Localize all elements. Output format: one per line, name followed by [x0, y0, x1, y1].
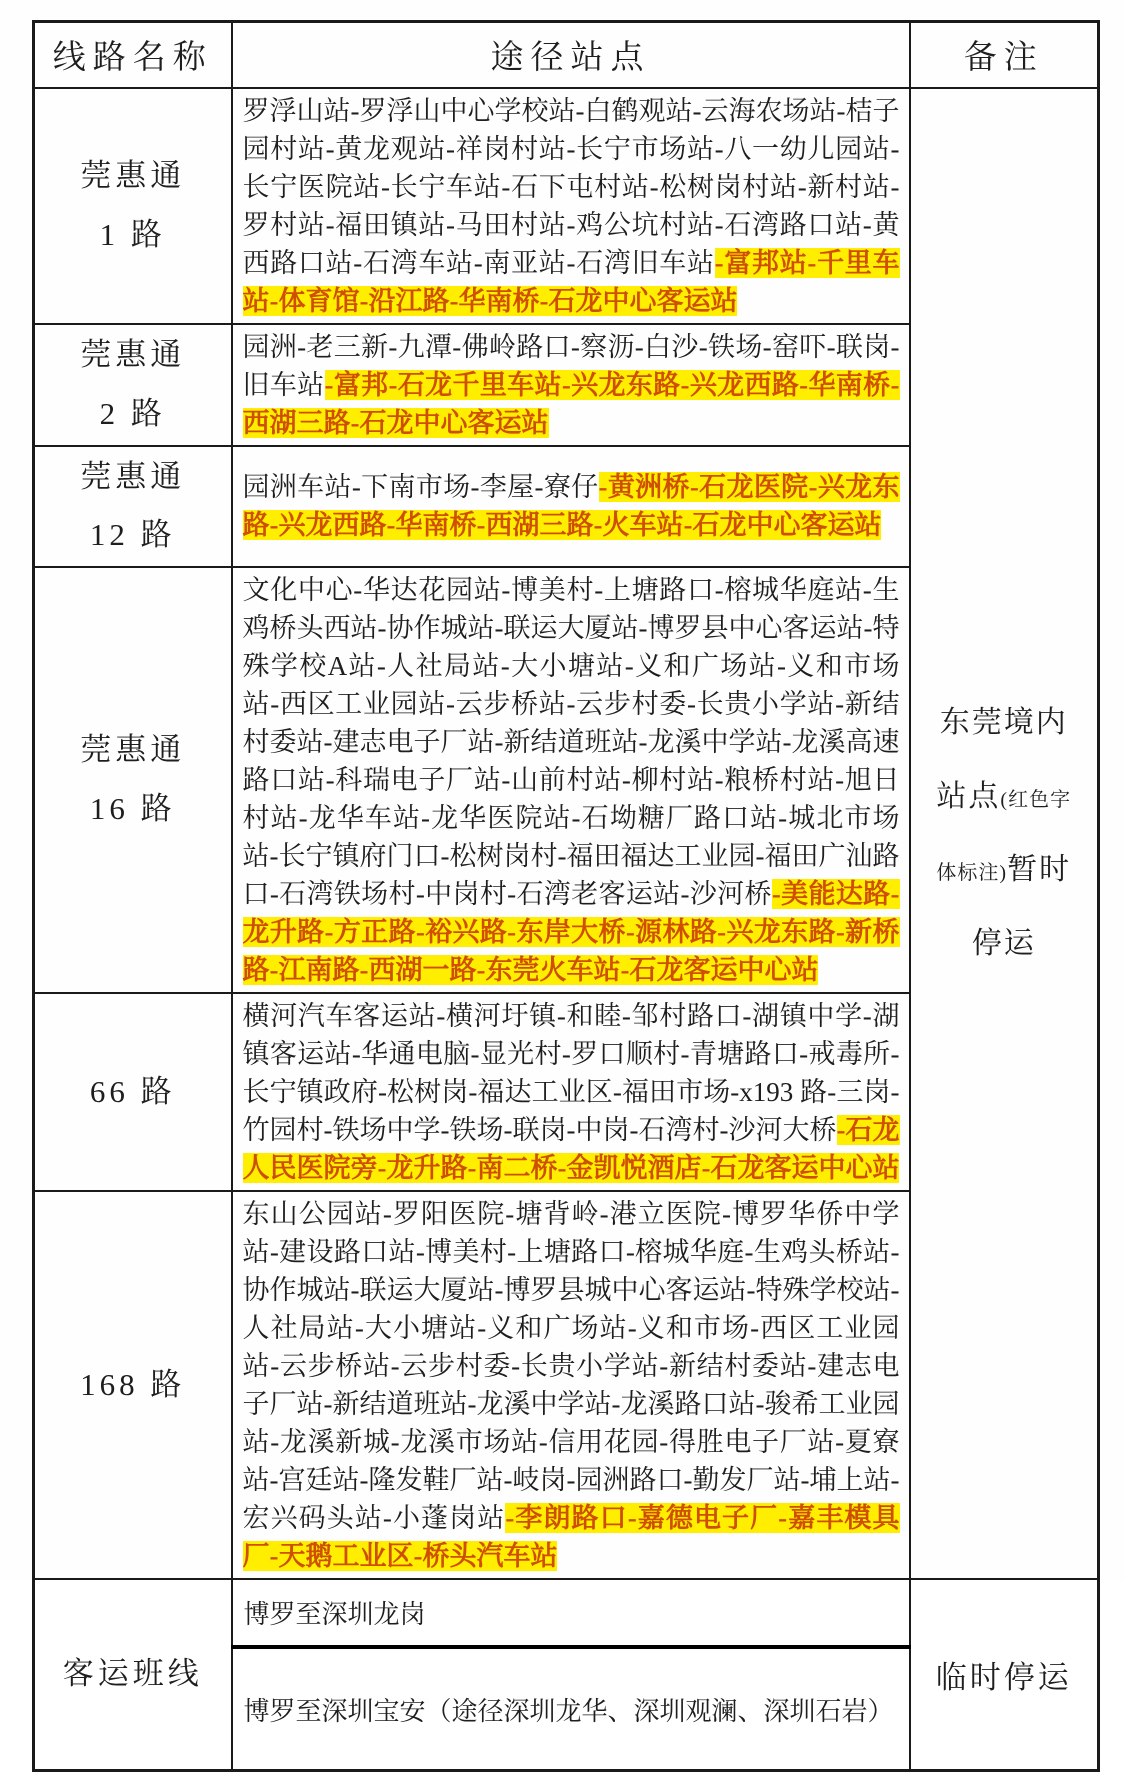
remark-dongguan-suspended: 东莞境内站点(红色字体标注)暂时停运	[910, 88, 1099, 1580]
stops-normal: 东山公园站-罗阳医院-塘背岭-港立医院-博罗华侨中学站-建设路口站-博美村-上塘…	[243, 1199, 900, 1533]
stops-normal: 文化中心-华达花园站-博美村-上塘路口-榕城华庭站-生鸡桥头西站-协作城站-联运…	[243, 575, 900, 909]
coach-line-longgang: 博罗至深圳龙岗	[232, 1579, 910, 1647]
route-stops-66: 横河汽车客运站-横河圩镇-和睦-邹村路口-湖镇中学-湖镇客运站-华通电脑-显光村…	[232, 993, 910, 1191]
header-stops: 途径站点	[232, 22, 910, 88]
route-name-ght16: 莞惠通 16 路	[34, 567, 232, 993]
bus-routes-table: 线路名称 途径站点 备注 莞惠通 1 路 罗浮山站-罗浮山中心学校站-白鹤观站-…	[32, 20, 1100, 1772]
stops-suspended-highlight: -富邦-石龙千里车站-兴龙东路-兴龙西路-华南桥-西湖三路-石龙中心客运站	[243, 370, 900, 438]
route-name-coach-lines: 客运班线	[34, 1579, 232, 1770]
route-name-168: 168 路	[34, 1191, 232, 1579]
route-row-ght1: 莞惠通 1 路 罗浮山站-罗浮山中心学校站-白鹤观站-云海农场站-桔子园村站-黄…	[34, 88, 1099, 324]
route-name-ght2: 莞惠通 2 路	[34, 324, 232, 446]
stops-normal: 横河汽车客运站-横河圩镇-和睦-邹村路口-湖镇中学-湖镇客运站-华通电脑-显光村…	[243, 1001, 900, 1145]
remark-temporarily-suspended: 临时停运	[910, 1579, 1099, 1770]
route-name-66: 66 路	[34, 993, 232, 1191]
route-stops-ght12: 园洲车站-下南市场-李屋-寮仔-黄洲桥-石龙医院-兴龙东路-兴龙西路-华南桥-西…	[232, 446, 910, 568]
route-name-ght12: 莞惠通 12 路	[34, 446, 232, 568]
route-stops-ght16: 文化中心-华达花园站-博美村-上塘路口-榕城华庭站-生鸡桥头西站-协作城站-联运…	[232, 567, 910, 993]
coach-line-baoan: 博罗至深圳宝安（途径深圳龙华、深圳观澜、深圳石岩）	[232, 1647, 910, 1770]
route-stops-ght1: 罗浮山站-罗浮山中心学校站-白鹤观站-云海农场站-桔子园村站-黄龙观站-祥岗村站…	[232, 88, 910, 324]
header-route-name: 线路名称	[34, 22, 232, 88]
route-name-ght1: 莞惠通 1 路	[34, 88, 232, 324]
coach-line-row-1: 客运班线 博罗至深圳龙岗 临时停运	[34, 1579, 1099, 1647]
route-stops-ght2: 园洲-老三新-九潭-佛岭路口-察沥-白沙-铁场-窑吓-联岗-旧车站-富邦-石龙千…	[232, 324, 910, 446]
header-remark: 备注	[910, 22, 1099, 88]
bus-routes-notice-page: 线路名称 途径站点 备注 莞惠通 1 路 罗浮山站-罗浮山中心学校站-白鹤观站-…	[0, 0, 1125, 1581]
stops-normal: 园洲车站-下南市场-李屋-寮仔	[243, 472, 599, 502]
table-header-row: 线路名称 途径站点 备注	[34, 22, 1099, 88]
route-stops-168: 东山公园站-罗阳医院-塘背岭-港立医院-博罗华侨中学站-建设路口站-博美村-上塘…	[232, 1191, 910, 1579]
